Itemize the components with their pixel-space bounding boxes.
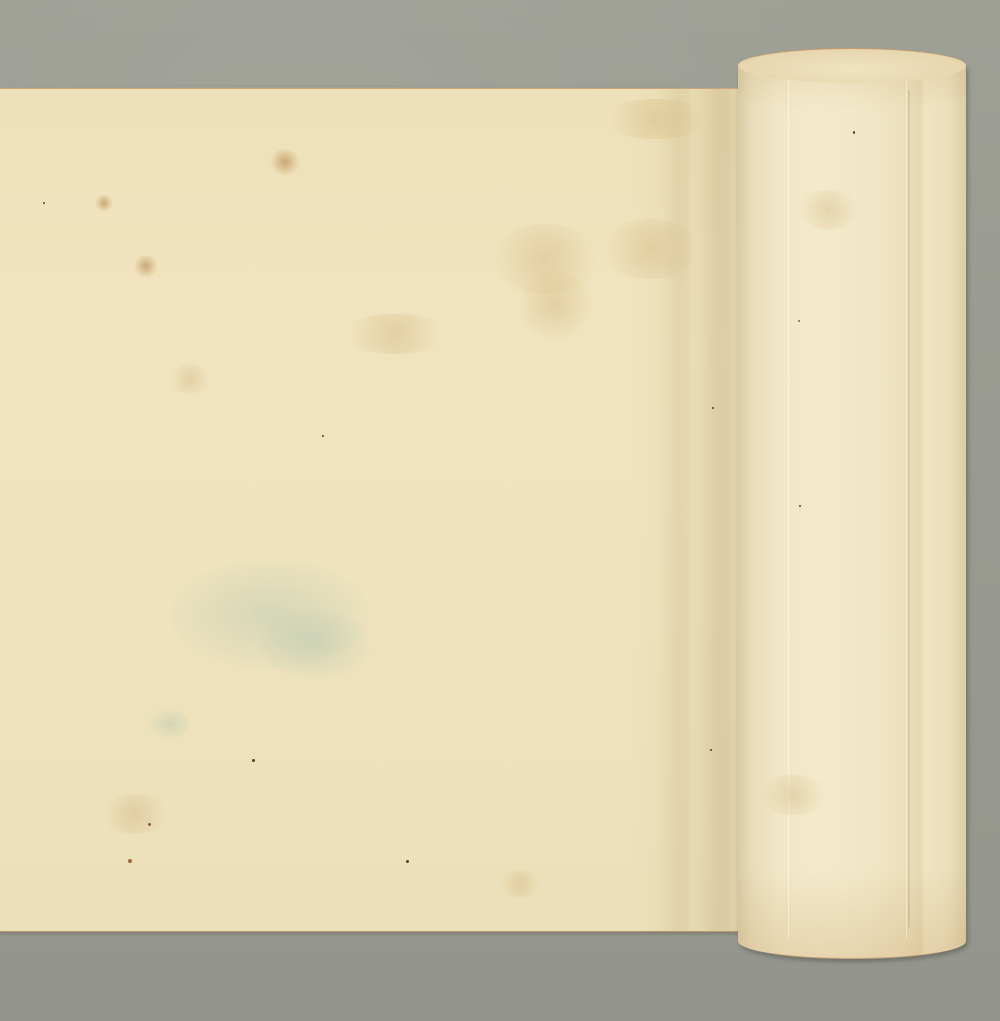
- blue-green-wash: [150, 709, 190, 739]
- foxing-cluster: [100, 794, 170, 834]
- ink-speck: [712, 407, 714, 409]
- ink-speck: [128, 859, 132, 863]
- roll-speck: [798, 320, 800, 322]
- roll-top-rim: [738, 48, 966, 83]
- foxing-cluster: [340, 314, 450, 354]
- foxing-cluster: [490, 224, 600, 294]
- ink-speck: [43, 202, 45, 204]
- foxing-cluster: [600, 99, 710, 139]
- roll-speck: [853, 131, 855, 134]
- foxing-stain: [134, 255, 158, 277]
- unrolled-paper-sheet: [0, 88, 742, 932]
- foxing-stain: [95, 195, 113, 211]
- roll-facet-line: [906, 70, 907, 938]
- rolled-scroll-cylinder: [738, 50, 966, 959]
- ink-speck: [710, 749, 712, 751]
- foxing-cluster: [500, 869, 540, 899]
- blue-green-wash: [170, 559, 370, 669]
- roll-stain: [758, 775, 828, 815]
- foxing-stain: [270, 149, 300, 175]
- foxing-cluster: [170, 364, 210, 394]
- bottom-edge-stain: [738, 868, 966, 958]
- ink-speck: [252, 759, 255, 762]
- fold-shadow: [700, 89, 730, 931]
- foxing-cluster: [520, 269, 590, 339]
- ink-speck: [322, 435, 324, 437]
- ink-speck: [406, 860, 409, 863]
- ink-speck: [148, 823, 151, 826]
- roll-speck: [799, 505, 801, 507]
- roll-stain: [798, 190, 858, 230]
- roll-facet-line: [788, 70, 789, 938]
- blue-green-wash: [260, 609, 370, 679]
- fold-shadow: [660, 89, 690, 931]
- roll-seam: [908, 90, 910, 928]
